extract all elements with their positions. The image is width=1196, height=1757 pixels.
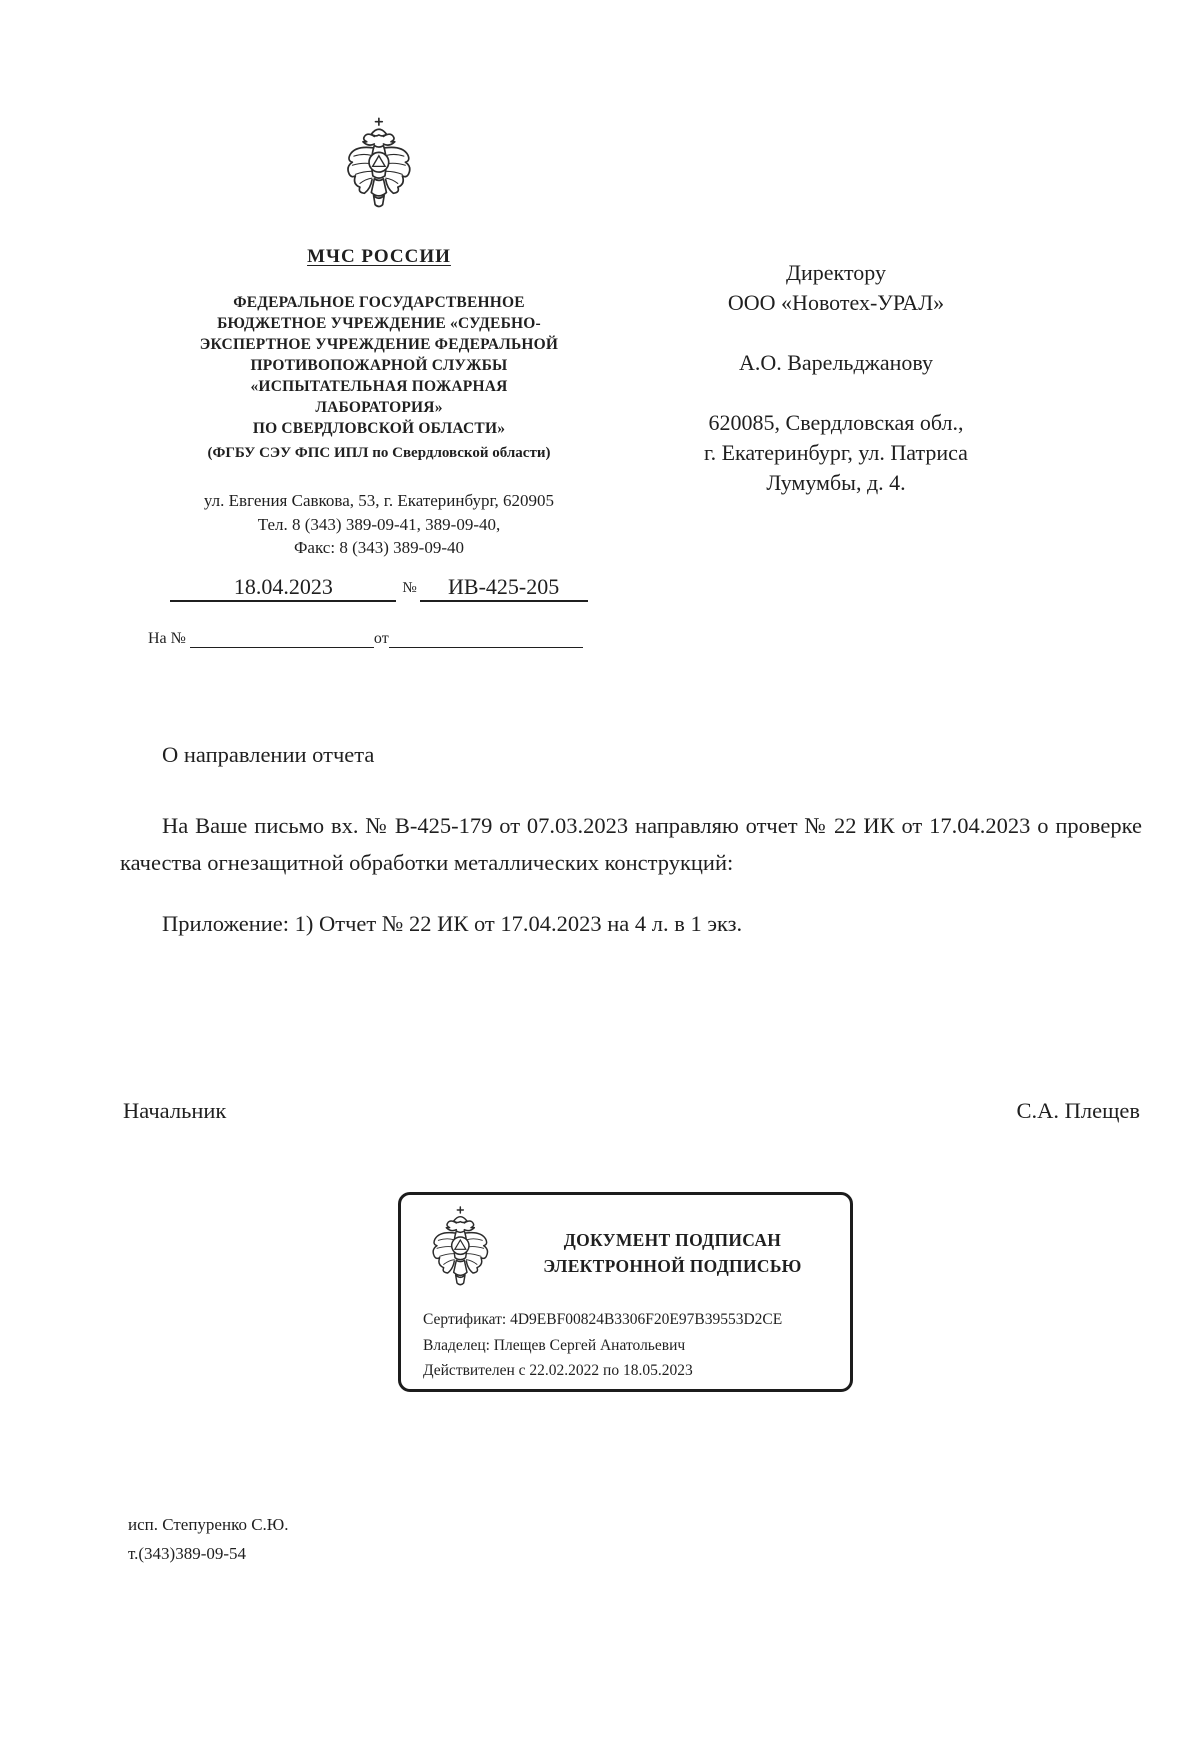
addressee-block: Директору ООО «Новотех-УРАЛ» А.О. Варель… xyxy=(640,258,1032,498)
outgoing-date: 18.04.2023 xyxy=(170,574,396,602)
recipient-address-line: 620085, Свердловская обл., xyxy=(640,408,1032,438)
recipient-person: А.О. Варельджанову xyxy=(640,348,1032,378)
org-name-block: ФЕДЕРАЛЬНОЕ ГОСУДАРСТВЕННОЕ БЮДЖЕТНОЕ УЧ… xyxy=(148,292,610,439)
recipient-role: Директору xyxy=(640,258,1032,288)
contact-block: ул. Евгения Савкова, 53, г. Екатеринбург… xyxy=(148,489,610,560)
letterhead-block: МЧС РОССИИ ФЕДЕРАЛЬНОЕ ГОСУДАРСТВЕННОЕ Б… xyxy=(148,116,610,648)
stamp-title: ДОКУМЕНТ ПОДПИСАН ЭЛЕКТРОННОЙ ПОДПИСЬЮ xyxy=(505,1227,840,1279)
spacer xyxy=(640,378,1032,408)
stamp-certificate: Сертификат: 4D9EBF00824B3306F20E97B39553… xyxy=(423,1307,838,1333)
date-number-row: 18.04.2023 № ИВ-425-205 xyxy=(148,574,610,602)
org-name-line: ЭКСПЕРТНОЕ УЧРЕЖДЕНИЕ ФЕДЕРАЛЬНОЙ xyxy=(148,334,610,355)
executor-name: исп. Степуренко С.Ю. xyxy=(128,1510,289,1539)
stamp-validity: Действителен с 22.02.2022 по 18.05.2023 xyxy=(423,1358,838,1384)
org-name-line: ПО СВЕРДЛОВСКОЙ ОБЛАСТИ» xyxy=(148,418,610,439)
number-sign: № xyxy=(396,575,419,602)
ref-label: На № xyxy=(148,629,186,648)
contact-phone-line: Тел. 8 (343) 389-09-41, 389-09-40, xyxy=(148,513,610,537)
letter-page: МЧС РОССИИ ФЕДЕРАЛЬНОЕ ГОСУДАРСТВЕННОЕ Б… xyxy=(0,0,1196,1757)
stamp-emblem-icon xyxy=(427,1205,494,1298)
footer-block: исп. Степуренко С.Ю. т.(343)389-09-54 xyxy=(128,1510,289,1568)
letter-body: О направлении отчета На Ваше письмо вх. … xyxy=(120,742,1142,937)
signature-row: Начальник С.А. Плещев xyxy=(123,1098,1140,1124)
recipient-address-line: г. Екатеринбург, ул. Патриса xyxy=(640,438,1032,468)
mchs-eagle-icon xyxy=(341,116,417,216)
org-name-line: «ИСПЫТАТЕЛЬНАЯ ПОЖАРНАЯ xyxy=(148,376,610,397)
mchs-emblem-icon xyxy=(148,116,610,218)
subject-line: О направлении отчета xyxy=(162,742,1142,768)
signature-name: С.А. Плещев xyxy=(1016,1098,1140,1124)
org-name-line: ЛАБОРАТОРИЯ» xyxy=(148,397,610,418)
ref-from-label: от xyxy=(374,629,389,648)
contact-fax-line: Факс: 8 (343) 389-09-40 xyxy=(148,536,610,560)
ref-date-blank xyxy=(389,630,583,648)
signature-position: Начальник xyxy=(123,1098,226,1124)
stamp-owner: Владелец: Плещев Сергей Анатольевич xyxy=(423,1333,838,1359)
stamp-title-line2: ЭЛЕКТРОННОЙ ПОДПИСЬЮ xyxy=(505,1253,840,1279)
recipient-address-line: Лумумбы, д. 4. xyxy=(640,468,1032,498)
org-name-line: ПРОТИВОПОЖАРНОЙ СЛУЖБЫ xyxy=(148,355,610,376)
org-name-line: ФЕДЕРАЛЬНОЕ ГОСУДАРСТВЕННОЕ xyxy=(148,292,610,313)
outgoing-number: ИВ-425-205 xyxy=(420,574,588,602)
ref-number-blank xyxy=(190,630,374,648)
org-short-name: (ФГБУ СЭУ ФПС ИПЛ по Свердловской област… xyxy=(148,443,610,463)
reference-row: На № от xyxy=(148,629,610,648)
contact-address-line: ул. Евгения Савкова, 53, г. Екатеринбург… xyxy=(148,489,610,513)
stamp-title-line1: ДОКУМЕНТ ПОДПИСАН xyxy=(505,1227,840,1253)
recipient-org: ООО «Новотех-УРАЛ» xyxy=(640,288,1032,318)
spacer xyxy=(640,318,1032,348)
mchs-eagle-icon xyxy=(427,1205,494,1293)
esign-stamp: ДОКУМЕНТ ПОДПИСАН ЭЛЕКТРОННОЙ ПОДПИСЬЮ С… xyxy=(398,1192,853,1392)
body-paragraph: На Ваше письмо вх. № В-425-179 от 07.03.… xyxy=(120,808,1142,881)
org-name-line: БЮДЖЕТНОЕ УЧРЕЖДЕНИЕ «СУДЕБНО- xyxy=(148,313,610,334)
stamp-details: Сертификат: 4D9EBF00824B3306F20E97B39553… xyxy=(423,1307,838,1384)
attachment-line: Приложение: 1) Отчет № 22 ИК от 17.04.20… xyxy=(120,911,1142,937)
executor-phone: т.(343)389-09-54 xyxy=(128,1539,289,1568)
ministry-title: МЧС РОССИИ xyxy=(148,246,610,268)
